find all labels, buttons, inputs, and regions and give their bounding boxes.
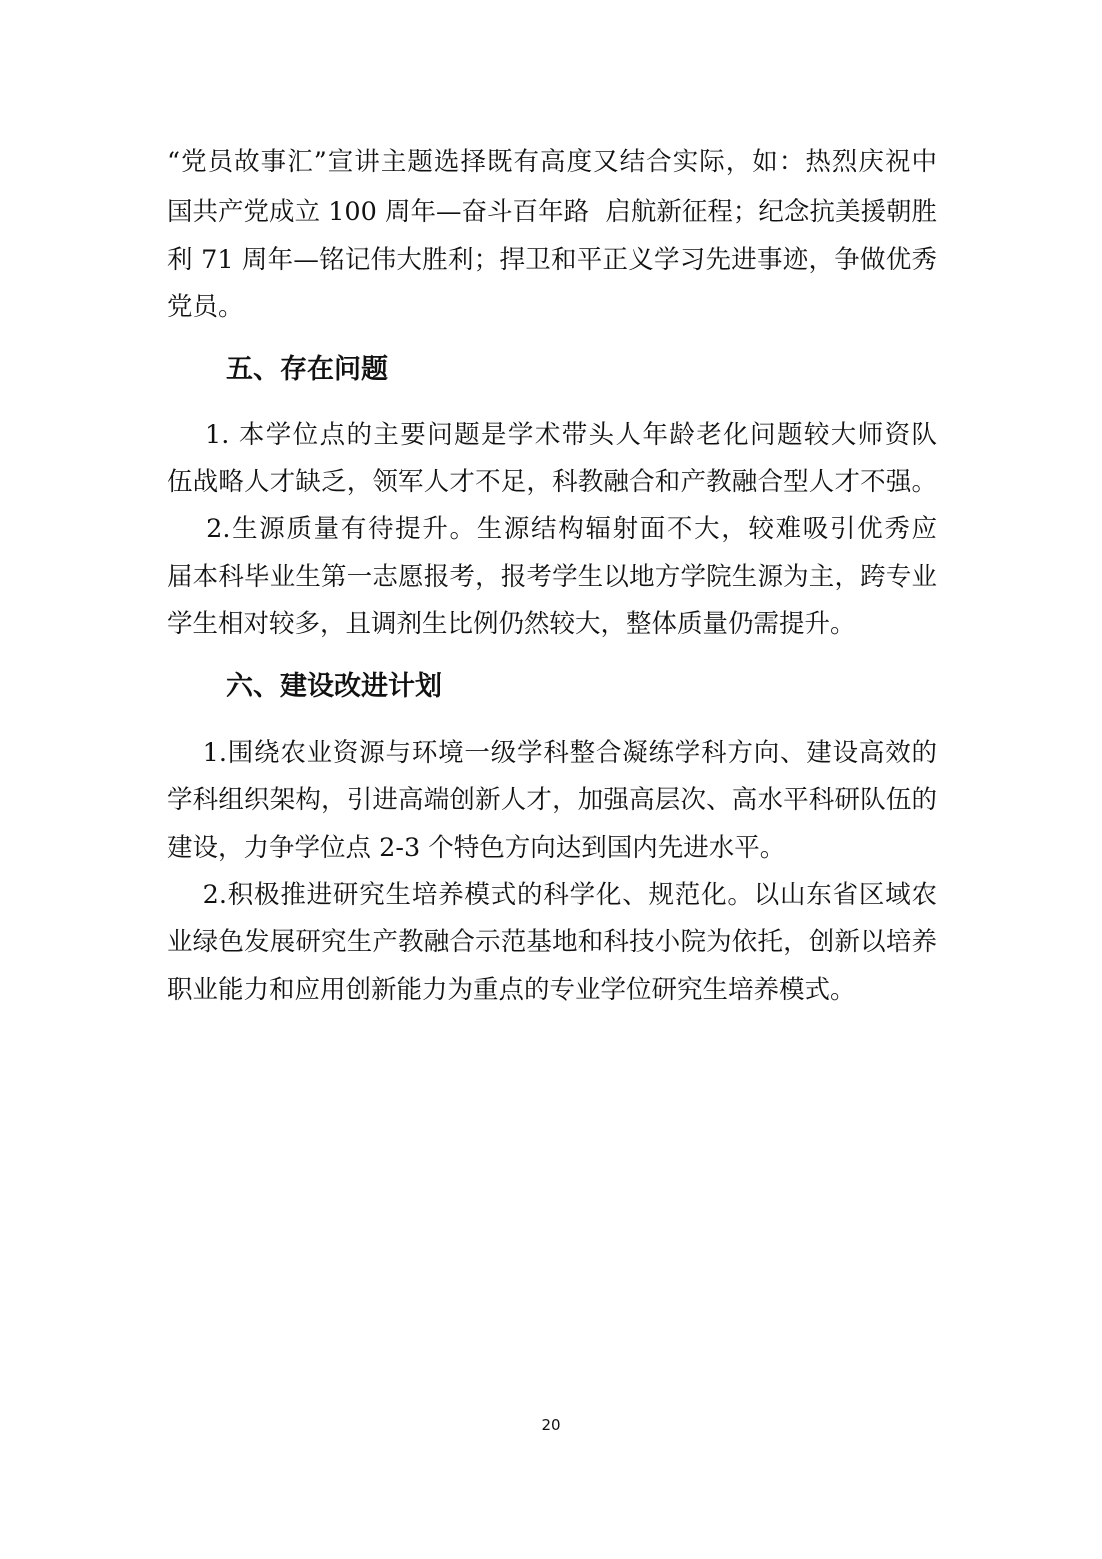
- problem-1-line-1: 1. 本学位点的主要问题是学术带头人年龄老化问题较大师资队: [167, 415, 937, 455]
- plan-2-line-2: 业绿色发展研究生产教融合示范基地和科技小院为依托，创新以培养: [167, 922, 937, 962]
- section-heading-improvement-plan: 六、建设改进计划: [226, 667, 442, 707]
- problem-2-line-2: 届本科毕业生第一志愿报考，报考学生以地方学院生源为主，跨专业: [167, 557, 937, 597]
- problem-1-line-2: 伍战略人才缺乏，领军人才不足，科教融合和产教融合型人才不强。: [167, 462, 937, 502]
- intro-line-3: 利 71 周年—铭记伟大胜利；捍卫和平正义学习先进事迹，争做优秀: [167, 240, 937, 280]
- document-page: “党员故事汇”宣讲主题选择既有高度又结合实际，如：热烈庆祝中 国共产党成立 10…: [0, 0, 1102, 1559]
- problem-2-line-1: 2.生源质量有待提升。生源结构辐射面不大，较难吸引优秀应: [167, 509, 937, 549]
- plan-2-line-3: 职业能力和应用创新能力为重点的专业学位研究生培养模式。: [167, 970, 937, 1010]
- section-heading-problems: 五、存在问题: [226, 350, 388, 390]
- plan-1-line-1: 1.围绕农业资源与环境一级学科整合凝练学科方向、建设高效的: [167, 733, 937, 773]
- intro-line-4: 党员。: [167, 287, 937, 327]
- intro-line-1: “党员故事汇”宣讲主题选择既有高度又结合实际，如：热烈庆祝中: [167, 142, 937, 182]
- plan-1-line-2: 学科组织架构，引进高端创新人才，加强高层次、高水平科研队伍的: [167, 780, 937, 820]
- plan-2-line-1: 2.积极推进研究生培养模式的科学化、规范化。以山东省区域农: [167, 875, 937, 915]
- plan-1-line-3: 建设，力争学位点 2-3 个特色方向达到国内先进水平。: [167, 828, 937, 868]
- problem-2-line-3: 学生相对较多，且调剂生比例仍然较大，整体质量仍需提升。: [167, 604, 937, 644]
- page-number: 20: [0, 1416, 1102, 1434]
- intro-line-2: 国共产党成立 100 周年—奋斗百年路 启航新征程；纪念抗美援朝胜: [167, 192, 937, 232]
